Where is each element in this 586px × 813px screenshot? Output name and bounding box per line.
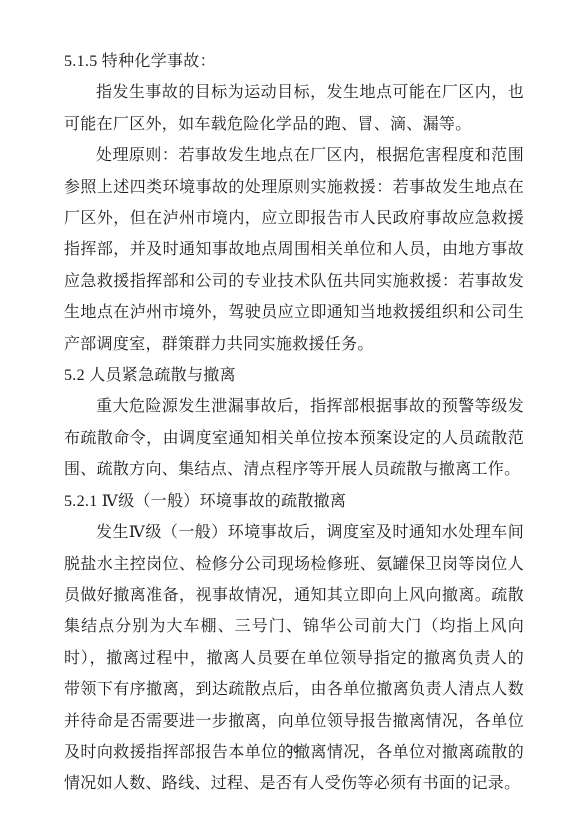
paragraph-level4-evacuation: 发生Ⅳ级（一般）环境事故后，调度室及时通知水处理车间脱盐水主控岗位、检修分公司现… [64,517,524,800]
paragraph-special-chemical-accident: 指发生事故的目标为运动目标，发生地点可能在厂区内，也可能在厂区外，如车载危险化学… [64,77,524,140]
document-page: 5.1.5 特种化学事故： 指发生事故的目标为运动目标，发生地点可能在厂区内，也… [0,0,586,813]
document-body: 5.1.5 特种化学事故： 指发生事故的目标为运动目标，发生地点可能在厂区内，也… [64,46,524,800]
page-number: 26 [0,742,586,757]
paragraph-evacuation-order: 重大危险源发生泄漏事故后，指挥部根据事故的预警等级发布疏散命令，由调度室通知相关… [64,391,524,485]
paragraph-handling-principles: 处理原则：若事故发生地点在厂区内，根据危害程度和范围参照上述四类环境事故的处理原… [64,140,524,360]
section-heading-5-2: 5.2 人员紧急疏散与撤离 [64,360,524,391]
section-heading-5-2-1: 5.2.1 Ⅳ级（一般）环境事故的疏散撤离 [64,486,524,517]
section-heading-5-1-5: 5.1.5 特种化学事故： [64,46,524,77]
